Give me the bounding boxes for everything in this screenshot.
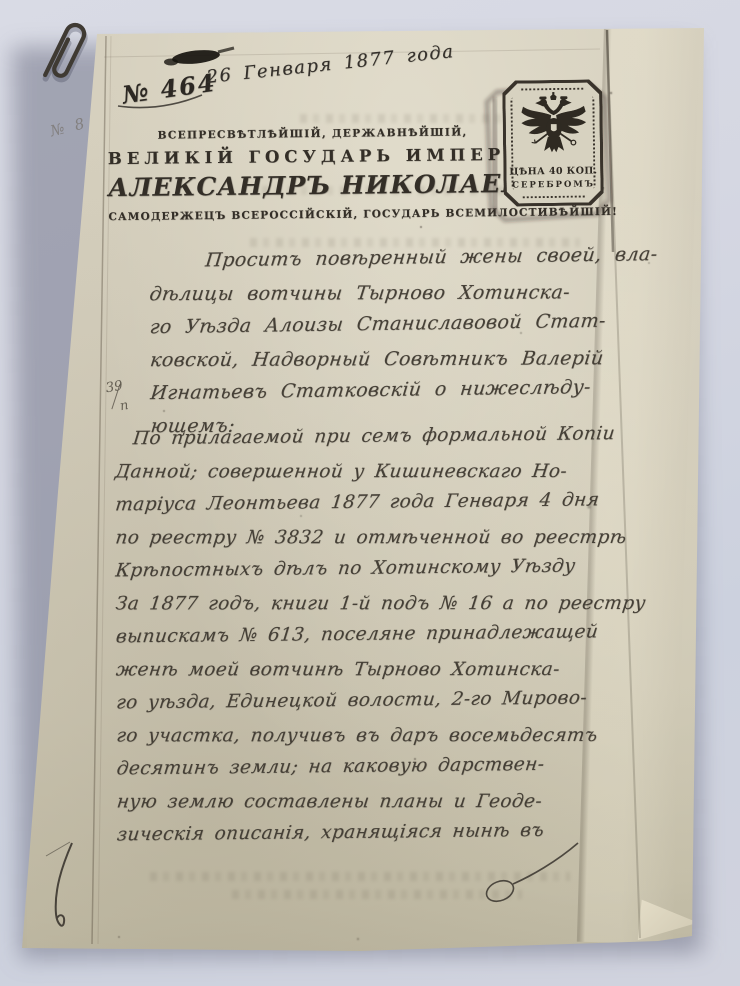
ink-blot [164, 48, 234, 66]
revenue-stamp: ЦѢНА 40 КОП. СЕРЕБРОМЪ [502, 79, 604, 206]
petition-intro-line: го Уѣзда Алоизы Станиславовой Стат- [148, 304, 652, 344]
paperclip-icon [0, 0, 160, 140]
petition-body-line: По прилагаемой при семъ формальной Копіи [113, 417, 651, 456]
margin-rule-line [92, 36, 106, 944]
stamp-currency-line: СЕРЕБРОМЪ [507, 179, 601, 190]
petition-body-line: зическія описанія, хранящіяся нынѣ въ [115, 813, 653, 852]
pen-squiggle [46, 842, 72, 926]
petition-body-line: го уѣзда, Единецкой волости, 2-го Мирово… [114, 681, 652, 720]
petition-body-line: десятинъ земли; на каковую дарствен- [115, 747, 653, 786]
revenue-stamp-field: ЦѢНА 40 КОП. СЕРЕБРОМЪ [505, 82, 601, 203]
flourish-loop [483, 843, 578, 905]
petition-body-line: таріуса Леонтьева 1877 года Генваря 4 дн… [113, 483, 651, 522]
petition-body-line: выпискамъ № 613, поселяне принадлежащей [114, 615, 652, 654]
petition-intro: Проситъ повѣренный жены своей, вла- дѣли… [149, 241, 651, 443]
header-emperor-name: АЛЕКСАНДРЪ НИКОЛАЕВИЧЪ, [108, 169, 518, 202]
petition-intro-line: Игнатьевъ Статковскій о нижеслѣду- [149, 370, 653, 410]
fraction-numerator: 39 [104, 378, 124, 397]
photo-of-document: { "annotations": { "registration_number"… [0, 0, 740, 986]
foxing-speckles [0, 0, 2, 2]
printed-header: ВСЕПРЕСВѢТЛѢЙШІЙ, ДЕРЖАВНѢЙШІЙ, ВЕЛИКІЙ … [108, 126, 519, 223]
petition-intro-line: Проситъ повѣренный жены своей, вла- [147, 238, 651, 278]
petition-body-line: Крѣпостныхъ дѣлъ по Хотинскому Уѣзду [114, 549, 652, 588]
imperial-eagle-icon [517, 91, 590, 162]
stamp-price-line: ЦѢНА 40 КОП. [506, 165, 600, 177]
header-emperor-title: ВЕЛИКІЙ ГОСУДАРЬ ИМПЕРАТОРЪ [108, 145, 518, 168]
fraction-denominator: п [119, 398, 130, 414]
petition-body: По прилагаемой при семъ формальной Копіи… [115, 420, 651, 852]
